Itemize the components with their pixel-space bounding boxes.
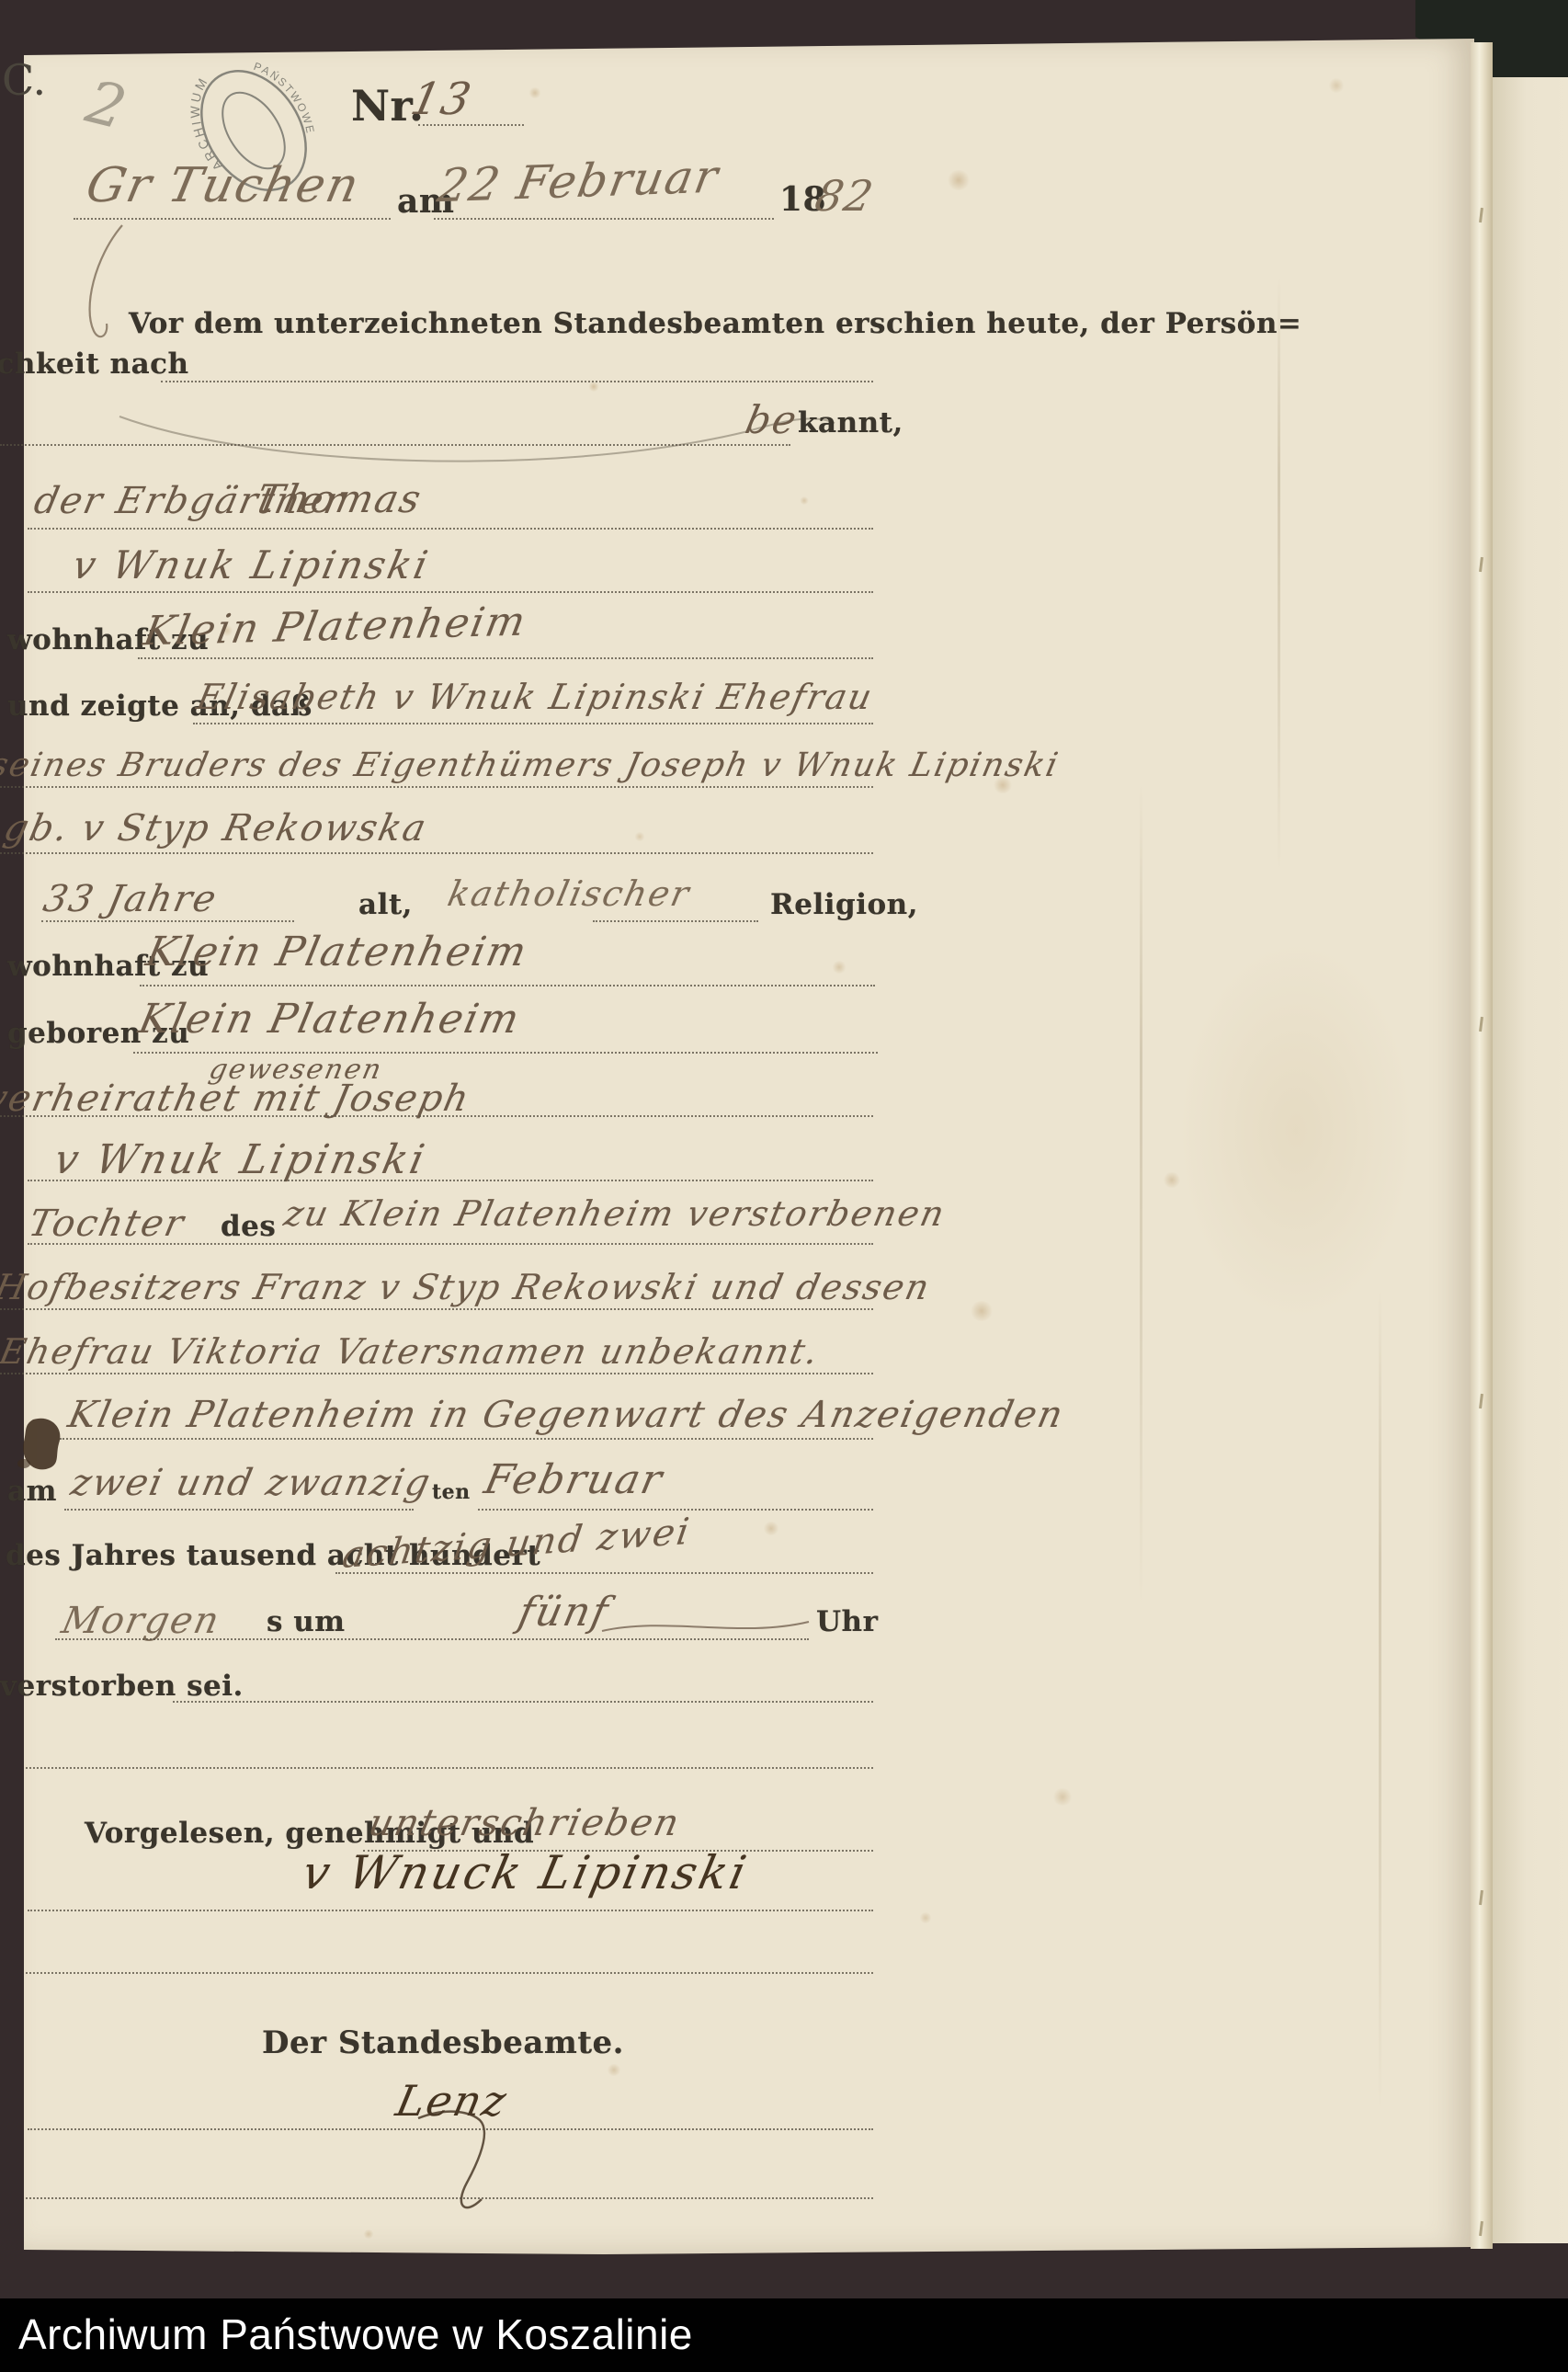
marriage-line-2: v Wnuk Lipinski (51, 1136, 431, 1183)
closing-label: verstorben sei. (0, 1670, 244, 1703)
bekannt-insert: be (742, 397, 802, 442)
place-value: Gr Tuchen (82, 158, 366, 213)
corner-letter: C. (2, 55, 46, 105)
fox-spot (832, 961, 846, 974)
ruled-line (74, 218, 391, 220)
ruled-line (140, 985, 875, 986)
page-content: C. 2 ARCHIWUM PAŃSTWOWE Nr. 13 Gr Tuchen… (0, 0, 1568, 2372)
fox-spot (607, 2064, 621, 2076)
death-day-value: zwei und zwanzig (67, 1462, 436, 1504)
age-value: 33 Jahre (40, 878, 222, 920)
fox-spot (919, 1912, 932, 1923)
marriage-line-1: verheirathet mit Joseph (0, 1078, 474, 1120)
ruled-line (0, 786, 873, 788)
kannt-label: kannt, (798, 406, 903, 439)
ruled-line (193, 723, 873, 724)
pen-flourish (81, 221, 136, 349)
ruled-line (55, 1638, 809, 1640)
deceased-name: Elisabeth v Wnuk Lipinski Ehefrau (193, 677, 877, 717)
ruled-line (28, 1910, 873, 1911)
fox-spot (588, 382, 599, 392)
water-stain (1176, 938, 1415, 1324)
paper-crease (1140, 781, 1142, 1609)
signature-flourish (377, 2105, 561, 2225)
time-of-day-value: Morgen (58, 1600, 224, 1642)
ruled-line (26, 1767, 873, 1769)
death-place-value: Klein Platenheim in Gegenwart des Anzeig… (64, 1394, 1068, 1436)
intro-line-1: Vor dem unterzeichneten Standesbeamten e… (129, 307, 1301, 340)
scanned-death-record: { "colors": { "paper": "#ece4d0", "backg… (0, 0, 1568, 2372)
ruled-line (28, 591, 873, 593)
maiden-name: gb. v Styp Rekowska (0, 807, 431, 850)
date-value: 22 Februar (434, 150, 723, 213)
ruled-line (0, 1373, 873, 1374)
residence1-value: Klein Platenheim (140, 599, 530, 656)
ruled-line (28, 528, 873, 530)
ruled-line (0, 1308, 873, 1310)
ruled-line (41, 920, 294, 922)
ruled-line (0, 444, 790, 446)
ruled-line (0, 852, 873, 854)
fox-spot (634, 832, 645, 841)
declarant-surname: v Wnuk Lipinski (69, 542, 435, 587)
ink-blot (15, 1412, 72, 1475)
declarant-signature: v Wnuck Lipinski (298, 1846, 754, 1899)
fox-spot (1328, 78, 1345, 93)
ruled-line (28, 1243, 873, 1245)
ruled-line (434, 218, 774, 220)
fox-spot (763, 1522, 779, 1535)
ruled-line (161, 381, 873, 382)
declarant-first-name: Thomas (253, 476, 426, 521)
um-label: s um (267, 1605, 346, 1638)
ruled-line (335, 1572, 873, 1574)
birthplace-value: Klein Platenheim (135, 996, 525, 1043)
alt-label: alt, (358, 888, 413, 921)
fox-spot (800, 496, 809, 505)
archive-footer-bar: Archiwum Państwowe w Koszalinie (0, 2298, 1568, 2372)
ruled-line (28, 1180, 873, 1181)
fox-spot (947, 170, 971, 190)
pen-stroke (110, 393, 846, 481)
year-written: 82 (811, 171, 879, 221)
paper-crease (1379, 1287, 1381, 2115)
relation-line-1: seines Bruders des Eigenthümers Joseph v… (0, 747, 1062, 784)
parentage-written-1: Tochter (25, 1203, 188, 1245)
parentage-line-3: Ehefrau Viktoria Vatersnamen unbekannt. (0, 1331, 824, 1372)
ruled-line (26, 2197, 873, 2199)
ruled-line (28, 2128, 873, 2130)
ruled-line (0, 1115, 873, 1117)
ruled-line (138, 657, 873, 659)
record-number-value: 13 (406, 74, 477, 125)
ruled-line (173, 1701, 873, 1703)
ten-suffix-label: ten (432, 1480, 471, 1504)
archive-name: Archiwum Państwowe w Koszalinie (18, 2298, 693, 2370)
fox-spot (1163, 1172, 1181, 1188)
paper-crease (1278, 276, 1280, 873)
residence2-value: Klein Platenheim (142, 929, 532, 975)
attestation-written: unterschrieben (365, 1802, 684, 1844)
parentage-written-2: zu Klein Platenheim verstorbenen (280, 1193, 949, 1234)
intro-line-2: lichkeit nach (0, 348, 189, 381)
religion-value: katholischer (444, 873, 694, 914)
ruled-line (593, 920, 758, 922)
pencil-mark: 2 (80, 68, 132, 143)
fox-spot (528, 87, 541, 98)
ruled-line (60, 1438, 873, 1440)
uhr-label: Uhr (816, 1605, 878, 1638)
fox-spot (970, 1301, 994, 1321)
fox-spot (363, 2229, 374, 2239)
registrar-label: Der Standesbeamte. (262, 2024, 624, 2061)
fox-spot (1052, 1788, 1073, 1806)
hour-value: fünf (515, 1589, 614, 1636)
ruled-line (26, 1972, 873, 1974)
religion-label: Religion, (770, 888, 918, 921)
ruled-line (478, 1509, 873, 1511)
death-month-value: Februar (481, 1456, 668, 1503)
death-am-label: am (7, 1475, 57, 1508)
ruled-line (418, 124, 524, 126)
ruled-line (64, 1509, 414, 1511)
parentage-line-2: Hofbesitzers Franz v Styp Rekowski und d… (0, 1267, 935, 1307)
parentage-printed: des (221, 1210, 276, 1243)
